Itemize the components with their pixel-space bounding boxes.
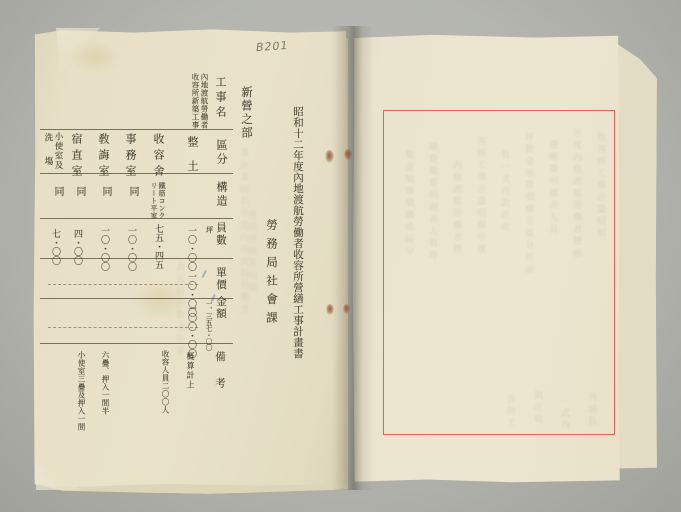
quantity-unit: 坪	[204, 226, 215, 234]
header-structure: 構造	[213, 181, 229, 209]
table-rule	[40, 173, 233, 174]
text-layer: B201昭和十二年度內地渡航勞働者收容所營繕工事計畫書勞務局社會課新營之部工事名…	[0, 0, 681, 512]
bleed-through-text: 數金額單價構造區分	[402, 150, 415, 258]
bleed-through-text: 共請負	[585, 392, 598, 428]
row-quantity: 四・〇〇	[71, 229, 84, 265]
pencil-annotation: B201	[256, 39, 289, 54]
row-remarks: 收容人員二〇〇人	[160, 350, 171, 414]
row-remarks: 概算計上	[185, 352, 196, 390]
section-heading: 新營之部	[239, 86, 255, 140]
department: 勞務局社會課	[264, 219, 280, 330]
row-quantity: 一〇・〇〇	[185, 226, 198, 271]
bleed-through-text: 表人員坪數金額單	[173, 262, 186, 358]
row-category: 整土	[184, 136, 200, 184]
bleed-through-text: 坪數金額單價構造區分共請	[522, 132, 535, 276]
bleed-through-text: 容所工	[504, 394, 517, 430]
row-remarks: 六疊、押入一間半	[100, 351, 111, 415]
bleed-through-text: 收容所工事計畫昭和	[594, 132, 607, 240]
bleed-through-text: 年度內地渡航勞働者營繕	[570, 128, 583, 260]
document-title: 昭和十二年度內地渡航勞働者收容所營繕工事計畫書	[291, 106, 306, 359]
bleed-through-text: 內地渡航勞働者營	[450, 160, 463, 256]
header-remarks: 備考	[213, 351, 228, 404]
row-quantity: 一〇・〇〇	[98, 226, 111, 271]
table-rule	[40, 343, 233, 344]
table-rule	[40, 218, 233, 219]
bleed-through-text: 一式内	[558, 396, 571, 432]
bleed-through-text: 訳計收	[531, 390, 544, 426]
header-work-name: 工事名	[212, 76, 228, 121]
row-amount: 一〇〇・〇〇	[185, 304, 198, 358]
header-amount: 金額	[214, 296, 229, 320]
row-structure: リート平家	[149, 182, 159, 220]
row-remarks: 小使室三疊及押入一間	[76, 351, 87, 431]
bleed-through-text: 繕費概算明細表人員坪	[426, 142, 439, 262]
header-category: 區分	[213, 139, 229, 167]
work-name-line-2: 收容所新築工事	[190, 73, 201, 129]
bleed-through-text: 容所工事計畫昭和年度	[474, 136, 487, 256]
row-structure: 同	[50, 186, 65, 196]
table-rule	[40, 129, 233, 130]
row-quantity: 七五・四五	[152, 224, 165, 269]
bleed-through-text: 負一式内訳計收	[498, 150, 511, 234]
row-quantity: 一〇・〇〇	[125, 226, 138, 271]
row-structure: 同	[125, 186, 140, 196]
bleed-through-text: 營繕費概算明細	[245, 210, 258, 294]
header-quantity: 員數	[214, 222, 229, 247]
row-structure: 同	[98, 186, 113, 196]
scanned-document-spread: B201昭和十二年度內地渡航勞働者收容所營繕工事計畫書勞務局社會課新營之部工事名…	[0, 0, 681, 512]
bleed-through-text: 費概算明細表人員	[546, 140, 559, 236]
table-rule	[40, 298, 233, 299]
row-structure: 同	[72, 186, 87, 196]
table-rule	[40, 258, 233, 259]
header-unit-price: 單價	[214, 267, 229, 291]
row-quantity: 七・〇〇	[49, 229, 62, 265]
